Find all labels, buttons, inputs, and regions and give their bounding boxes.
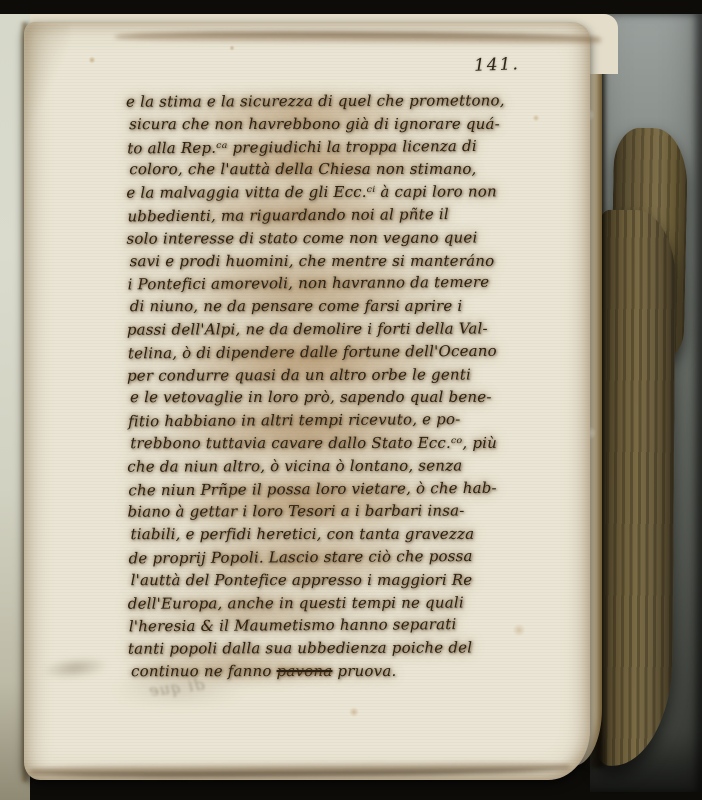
manuscript-line: e la malvaggia vitta de gli Ecc.ᶜⁱ à cap…	[126, 181, 516, 205]
line-text: solo interesse di stato come non vegano …	[126, 228, 477, 247]
manuscript-line: e la stima e la sicurezza di quel che pr…	[126, 89, 516, 113]
manuscript-line: tiabili, e perfidi heretici, con tanta g…	[131, 523, 521, 546]
line-text: fitio habbiano in altri tempi ricevuto, …	[128, 410, 460, 430]
page-number: 141.	[474, 54, 521, 76]
manuscript-line: l'auttà del Pontefice appresso i maggior…	[131, 569, 521, 592]
manuscript-line: che da niun altro, ò vicina ò lontano, s…	[127, 454, 517, 478]
manuscript-line: trebbono tuttavia cavare dallo Stato Ecc…	[130, 432, 520, 455]
manuscript-line: per condurre quasi da un altro orbe le g…	[127, 363, 517, 387]
manuscript-line: solo interesse di stato come non vegano …	[126, 226, 516, 250]
line-text: dell'Europa, anche in questi tempi ne qu…	[128, 593, 464, 612]
book-fore-edge-leaves	[596, 210, 676, 767]
manuscript-line: e le vetovaglie in loro prò, sapendo qua…	[130, 386, 520, 409]
manuscript-line: passi dell'Alpi, ne da demolire i forti …	[127, 317, 517, 341]
line-text: tiabili, e perfidi heretici, con tanta g…	[131, 525, 475, 543]
line-text: continuo ne fanno	[131, 662, 277, 680]
line-text: trebbono tuttavia cavare dallo Stato Ecc…	[130, 434, 497, 452]
page-corner-curl	[24, 24, 70, 144]
line-text: tanti popoli dalla sua ubbedienza poiche…	[128, 639, 472, 658]
line-text: passi dell'Alpi, ne da demolire i forti …	[127, 319, 488, 338]
manuscript-line: i Pontefici amorevoli, non havranno da t…	[128, 271, 518, 297]
line-text: telina, ò di dipendere dalle fortune del…	[128, 342, 497, 363]
line-text: i Pontefici amorevoli, non havranno da t…	[128, 273, 490, 294]
line-text: l'heresia & il Maumetismo hanno separati	[129, 615, 457, 635]
manuscript-line: ubbedienti, ma riguardando noi al pñte i…	[127, 203, 517, 229]
line-text: e la stima e la sicurezza di quel che pr…	[126, 91, 505, 110]
struck-out-word: pavona	[277, 662, 333, 680]
line-text: che da niun altro, ò vicina ò lontano, s…	[127, 456, 462, 475]
line-text: sicura che non havrebbono già di ignorar…	[129, 115, 500, 133]
manuscript-line: tanti popoli dalla sua ubbedienza poiche…	[128, 636, 518, 660]
manuscript-line: di niuno, ne da pensare come farsi aprir…	[130, 295, 520, 318]
manuscript-line: biano à gettar i loro Tesori a i barbari…	[127, 500, 517, 524]
line-text: coloro, che l'auttà della Chiesa non sti…	[129, 160, 476, 178]
manuscript-line: coloro, che l'auttà della Chiesa non sti…	[129, 158, 519, 181]
manuscript-text-block: e la stima e la sicurezza di quel che pr…	[126, 89, 518, 683]
line-text: l'auttà del Pontefice appresso i maggior…	[131, 571, 473, 589]
manuscript-line: dell'Europa, anche in questi tempi ne qu…	[128, 591, 518, 615]
manuscript-line: de proprij Popoli. Lascio stare ciò che …	[129, 545, 519, 571]
line-text: de proprij Popoli. Lascio stare ciò che …	[129, 547, 473, 567]
manuscript-line: sicura che non havrebbono già di ignorar…	[129, 113, 519, 136]
manuscript-line: che niun Prñpe il possa loro vietare, ò …	[128, 476, 518, 502]
line-text: e le vetovaglie in loro prò, sapendo qua…	[130, 388, 492, 406]
line-text: che niun Prñpe il possa loro vietare, ò …	[128, 478, 497, 499]
manuscript-line: to alla Rep.ᶜᵃ pregiudichi la troppa lic…	[127, 134, 517, 160]
manuscript-line: l'heresia & il Maumetismo hanno separati	[129, 613, 519, 639]
line-text: biano à gettar i loro Tesori a i barbari…	[127, 502, 464, 521]
line-text: per condurre quasi da un altro orbe le g…	[127, 365, 471, 384]
manuscript-line: telina, ò di dipendere dalle fortune del…	[128, 339, 518, 365]
line-text: di niuno, ne da pensare come farsi aprir…	[130, 297, 463, 315]
scanned-manuscript-photo: 141. e la stima e la sicurezza di quel c…	[0, 0, 702, 800]
manuscript-line: fitio habbiano in altri tempi ricevuto, …	[128, 408, 518, 434]
line-text: savi e prodi huomini, che mentre si mant…	[130, 251, 495, 269]
line-text: e la malvaggia vitta de gli Ecc.ᶜⁱ à cap…	[126, 183, 497, 202]
line-text: to alla Rep.ᶜᵃ pregiudichi la troppa lic…	[127, 137, 477, 157]
manuscript-line: savi e prodi huomini, che mentre si mant…	[130, 249, 520, 272]
line-text: pruova.	[332, 662, 396, 680]
line-text: ubbedienti, ma riguardando noi al pñte i…	[127, 205, 449, 225]
